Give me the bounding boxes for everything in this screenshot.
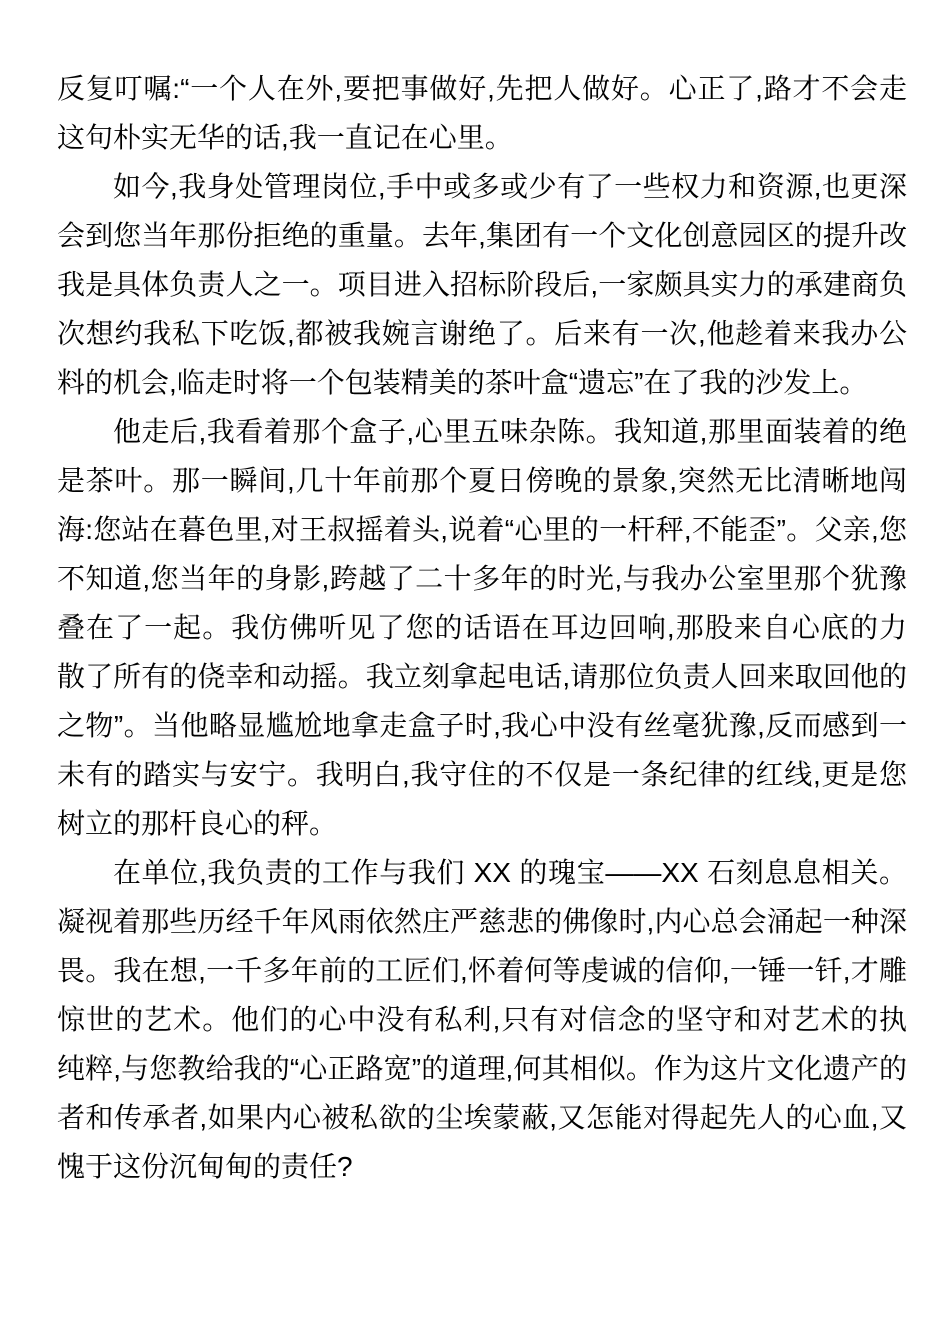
document-body: 反复叮嘱:“一个人在外,要把事做好,先把人做好。心正了,路才不会走偏。”这句朴实… <box>57 64 907 1191</box>
document-page: 反复叮嘱:“一个人在外,要把事做好,先把人做好。心正了,路才不会走偏。”这句朴实… <box>0 0 950 1344</box>
text-line: 反复叮嘱:“一个人在外,要把事做好,先把人做好。心正了,路才不会走偏。” <box>57 64 907 113</box>
text-line: 之物”。当他略显尴尬地拿走盒子时,我心中没有丝毫犹豫,反而感到一种前所 <box>57 701 907 750</box>
text-line: 惊世的艺术。他们的心中没有私利,只有对信念的坚守和对艺术的执着。这份 <box>57 995 907 1044</box>
text-line: 不知道,您当年的身影,跨越了二十多年的时光,与我办公室里那个犹豫的我重 <box>57 554 907 603</box>
text-line: 料的机会,临走时将一个包装精美的茶叶盒“遗忘”在了我的沙发上。 <box>57 358 907 407</box>
text-line: 我是具体负责人之一。项目进入招标阶段后,一家颇具实力的承建商负责人多 <box>57 260 907 309</box>
text-line: 在单位,我负责的工作与我们 XX 的瑰宝——XX 石刻息息相关。每当我 <box>57 848 907 897</box>
text-line: 如今,我身处管理岗位,手中或多或少有了一些权力和资源,也更深刻地体 <box>57 162 907 211</box>
text-line: 者和传承者,如果内心被私欲的尘埃蒙蔽,又怎能对得起先人的心血,又怎能无 <box>57 1093 907 1142</box>
text-line: 畏。我在想,一千多年前的工匠们,怀着何等虔诚的信仰,一锤一钎,才雕琢出这 <box>57 946 907 995</box>
text-line: 树立的那杆良心的秤。 <box>57 799 907 848</box>
text-line: 是茶叶。那一瞬间,几十年前那个夏日傍晚的景象,突然无比清晰地闯入我的脑 <box>57 456 907 505</box>
text-line: 叠在了一起。我仿佛听见了您的话语在耳边回响,那股来自心底的力量,瞬间驱 <box>57 603 907 652</box>
text-line: 凝视着那些历经千年风雨依然庄严慈悲的佛像时,内心总会涌起一种深深的敬 <box>57 897 907 946</box>
text-line: 他走后,我看着那个盒子,心里五味杂陈。我知道,那里面装着的绝不仅仅 <box>57 407 907 456</box>
text-line: 这句朴实无华的话,我一直记在心里。 <box>57 113 907 162</box>
text-line: 会到您当年那份拒绝的重量。去年,集团有一个文化创意园区的提升改造项目, <box>57 211 907 260</box>
text-line: 愧于这份沉甸甸的责任? <box>57 1142 907 1191</box>
text-line: 海:您站在暮色里,对王叔摇着头,说着“心里的一杆秤,不能歪”。父亲,您或许 <box>57 505 907 554</box>
text-line: 纯粹,与您教给我的“心正路宽”的道理,何其相似。作为这片文化遗产的守护 <box>57 1044 907 1093</box>
text-line: 次想约我私下吃饭,都被我婉言谢绝了。后来有一次,他趁着来我办公室递交材 <box>57 309 907 358</box>
text-line: 散了所有的侥幸和动摇。我立刻拿起电话,请那位负责人回来取回他的“遗忘 <box>57 652 907 701</box>
text-line: 未有的踏实与安宁。我明白,我守住的不仅是一条纪律的红线,更是您从小为我 <box>57 750 907 799</box>
